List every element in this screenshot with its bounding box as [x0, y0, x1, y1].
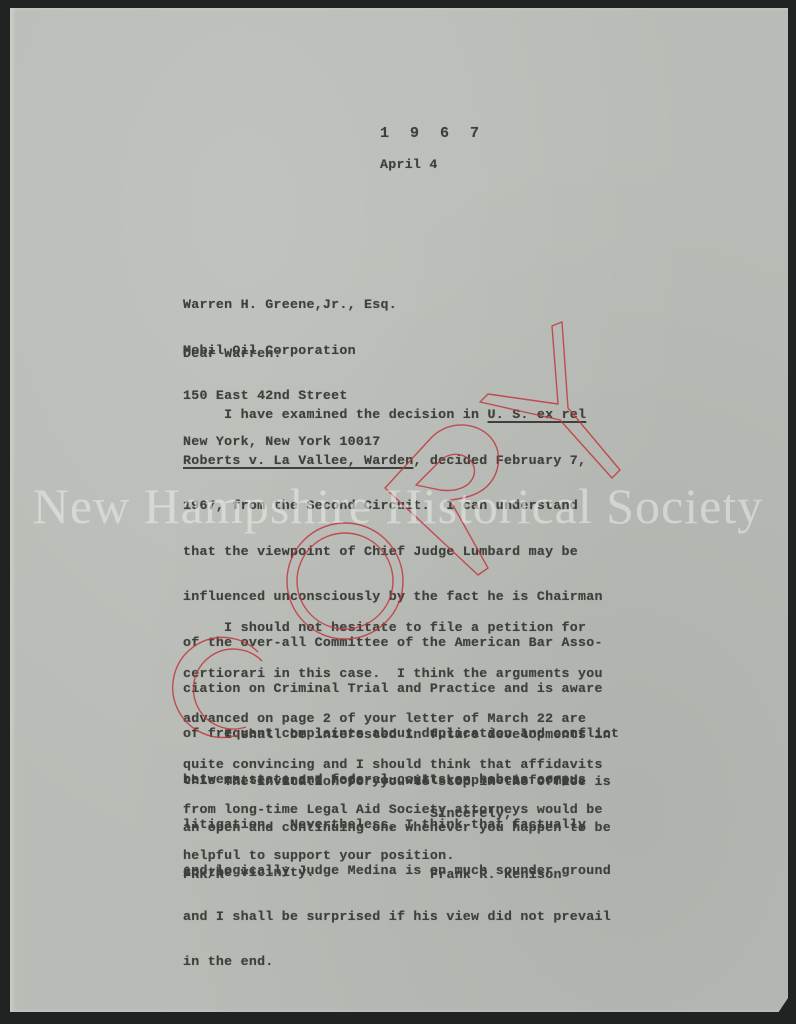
- paragraph-line: I should not hesitate to file a petition…: [183, 620, 603, 636]
- reference-initials: FRK/R: [183, 867, 224, 882]
- paragraph-line: that the viewpoint of Chief Judge Lumbar…: [183, 544, 619, 560]
- paragraph-line: certiorari in this case. I think the arg…: [183, 666, 603, 682]
- paragraph-line: I shall be interested in future developm…: [183, 727, 611, 743]
- paragraph-line: I have examined the decision in U. S. ex…: [183, 407, 619, 423]
- closing: Sincerely,: [430, 806, 512, 821]
- paragraph-line: an open and continuing one whenever you …: [183, 820, 611, 836]
- paragraph-line: The invitation for you to stop in the of…: [183, 774, 611, 790]
- date-day: April 4: [380, 157, 438, 172]
- signer-name: Frank R. Kenison: [430, 867, 562, 882]
- paragraph-line: in the end.: [183, 954, 619, 970]
- text-span: I have examined the decision in: [183, 407, 488, 422]
- text-span: , decided February 7,: [413, 453, 586, 468]
- paragraph-line: Roberts v. La Vallee, Warden, decided Fe…: [183, 453, 619, 469]
- paragraph-line: 1967, from the Second Circuit. I can und…: [183, 498, 619, 514]
- case-name: Roberts v. La Vallee, Warden: [183, 453, 413, 468]
- paragraph-line: and I shall be surprised if his view did…: [183, 909, 619, 925]
- case-citation: U. S. ex rel: [488, 407, 587, 422]
- recipient-name: Warren H. Greene,Jr., Esq.: [183, 297, 397, 313]
- salutation: Dear Warren:: [183, 346, 282, 361]
- date-year: 1 9 6 7: [380, 126, 485, 141]
